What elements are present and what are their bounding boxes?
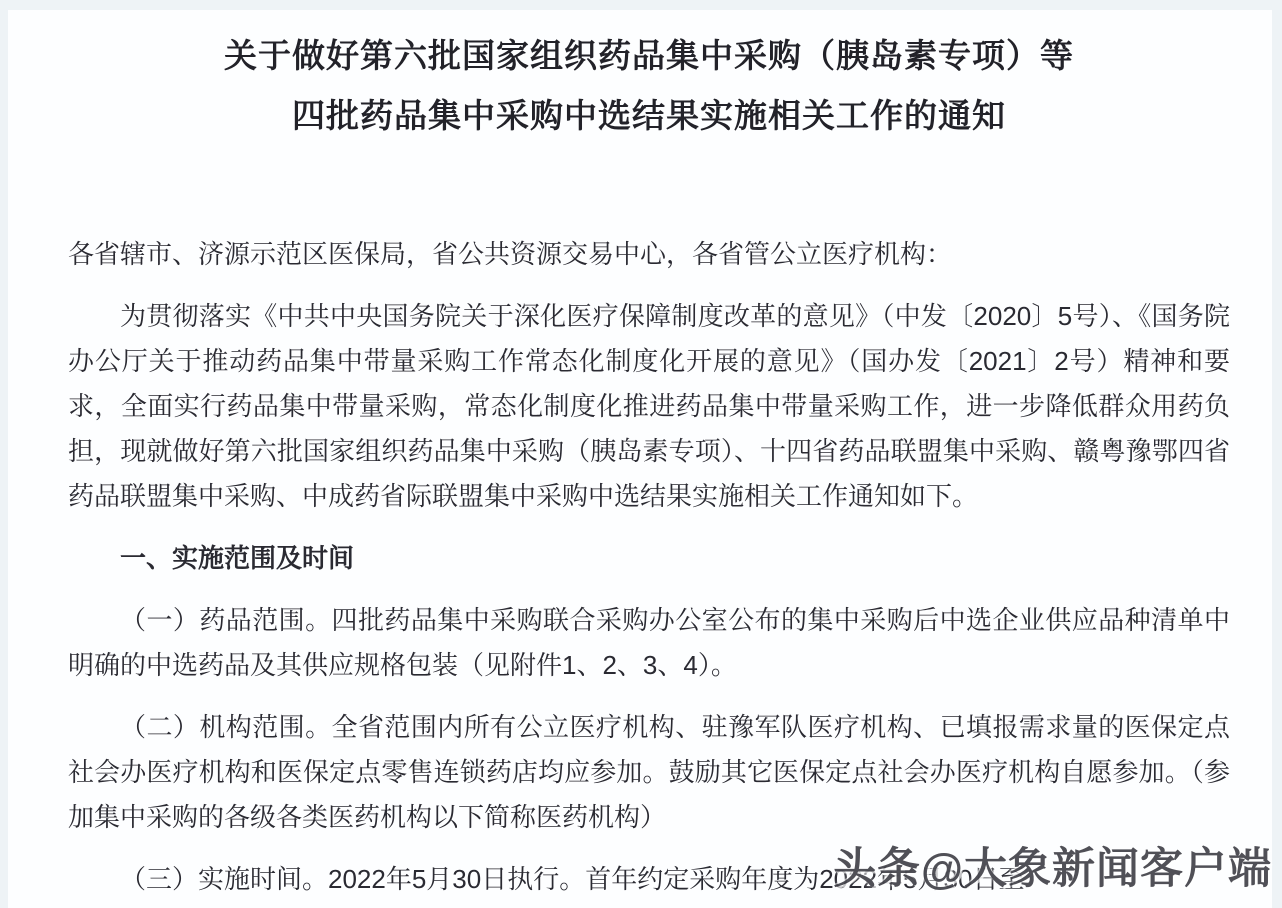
- title-line-2: 四批药品集中采购中选结果实施相关工作的通知: [68, 86, 1230, 146]
- section-1-heading: 一、实施范围及时间: [68, 536, 1230, 581]
- toutiao-news-watermark: 头条@大象新闻客户端: [833, 835, 1272, 896]
- salutation-line: 各省辖市、济源示范区医保局，省公共资源交易中心，各省管公立医疗机构：: [68, 232, 1230, 277]
- item-1-drug-scope: （一）药品范围。四批药品集中采购联合采购办公室公布的集中采购后中选企业供应品种清…: [68, 598, 1230, 688]
- intro-paragraph: 为贯彻落实《中共中央国务院关于深化医疗保障制度改革的意见》（中发〔2020〕5号…: [68, 294, 1230, 519]
- document-title: 关于做好第六批国家组织药品集中采购（胰岛素专项）等 四批药品集中采购中选结果实施…: [68, 26, 1230, 146]
- notice-document: 关于做好第六批国家组织药品集中采购（胰岛素专项）等 四批药品集中采购中选结果实施…: [8, 10, 1272, 908]
- item-2-institution-scope: （二）机构范围。全省范围内所有公立医疗机构、驻豫军队医疗机构、已填报需求量的医保…: [68, 705, 1230, 840]
- title-line-1: 关于做好第六批国家组织药品集中采购（胰岛素专项）等: [68, 26, 1230, 86]
